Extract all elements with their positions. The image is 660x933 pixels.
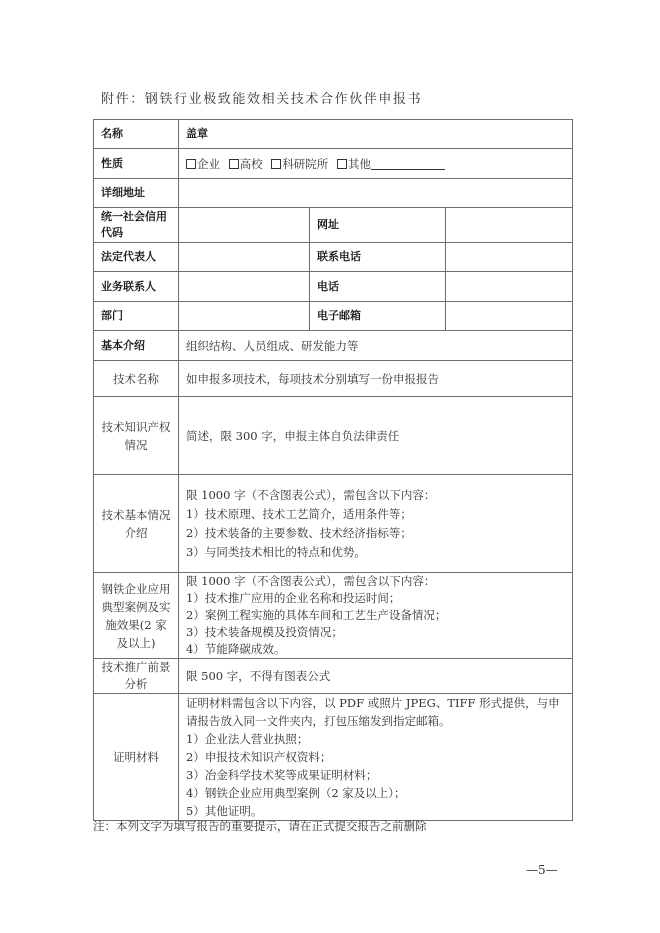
option-research-institute[interactable]: 科研院所 xyxy=(271,155,328,173)
label-address: 详细地址 xyxy=(94,179,179,208)
footnote: 注：本列文字为填写报告的重要提示，请在正式提交报告之前删除 xyxy=(93,818,427,834)
text-line: 3）冶金科学技术奖等成果证明材料； xyxy=(186,766,565,784)
row-credit-code: 统一社会信用代码 网址 xyxy=(94,208,573,243)
field-tech-name[interactable]: 如申报多项技术，每项技术分别填写一份申报报告 xyxy=(179,361,573,397)
field-tech-basic[interactable]: 限 1000 字（不含图表公式），需包含以下内容： 1）技术原理、技术工艺简介，… xyxy=(179,475,573,573)
field-nature: 企业 高校 科研院所 其他 xyxy=(179,149,573,179)
label-nature: 性质 xyxy=(94,149,179,179)
label-proof: 证明材料 xyxy=(94,694,179,821)
text-line: 2）案例工程实施的具体车间和工艺生产设备情况； xyxy=(186,607,565,624)
field-contact-phone[interactable] xyxy=(446,243,573,272)
field-email[interactable] xyxy=(446,302,573,331)
text-line: 2）申报技术知识产权资料； xyxy=(186,748,565,766)
checkbox-icon[interactable] xyxy=(271,159,281,169)
other-fill-line[interactable] xyxy=(371,158,445,170)
row-department: 部门 电子邮箱 xyxy=(94,302,573,331)
text-line: 1）技术推广应用的企业名称和投运时间； xyxy=(186,590,565,607)
field-basic-intro[interactable]: 组织结构、人员组成、研发能力等 xyxy=(179,331,573,361)
row-proof: 证明材料 证明材料需包含以下内容，以 PDF 或照片 JPEG、TIFF 形式提… xyxy=(94,694,573,821)
text-line: 3）技术装备规模及投资情况； xyxy=(186,624,565,641)
text-line: 3）与同类技术相比的特点和优势。 xyxy=(186,543,565,562)
field-business-contact[interactable] xyxy=(179,272,310,302)
label-basic-intro: 基本介绍 xyxy=(94,331,179,361)
row-contact: 业务联系人 电话 xyxy=(94,272,573,302)
field-legal-rep[interactable] xyxy=(179,243,310,272)
label-name: 名称 xyxy=(94,120,179,149)
field-outlook[interactable]: 限 500 字，不得有图表公式 xyxy=(179,659,573,694)
label-cases: 钢铁企业应用典型案例及实施效果(2 家及以上) xyxy=(94,573,179,659)
text-line: 4）节能降碳成效。 xyxy=(186,641,565,658)
row-outlook: 技术推广前景分析 限 500 字，不得有图表公式 xyxy=(94,659,573,694)
field-credit-code[interactable] xyxy=(179,208,310,243)
field-address[interactable] xyxy=(179,179,573,208)
label-ip: 技术知识产权情况 xyxy=(94,397,179,475)
field-department[interactable] xyxy=(179,302,310,331)
page-title: 附件：钢铁行业极致能效相关技术合作伙伴申报书 xyxy=(101,88,422,107)
checkbox-icon[interactable] xyxy=(186,159,196,169)
row-tech-basic: 技术基本情况介绍 限 1000 字（不含图表公式），需包含以下内容： 1）技术原… xyxy=(94,475,573,573)
row-cases: 钢铁企业应用典型案例及实施效果(2 家及以上) 限 1000 字（不含图表公式）… xyxy=(94,573,573,659)
text-line: 4）钢铁企业应用典型案例（2 家及以上）； xyxy=(186,784,565,802)
label-legal-rep: 法定代表人 xyxy=(94,243,179,272)
label-contact-phone: 联系电话 xyxy=(310,243,446,272)
field-phone[interactable] xyxy=(446,272,573,302)
application-form-table: 名称 盖章 性质 企业 高校 科研院所 其他 详细地址 统一社会信用代码 网址 … xyxy=(93,119,573,821)
label-outlook: 技术推广前景分析 xyxy=(94,659,179,694)
page-number: —5— xyxy=(526,863,558,877)
field-name-seal[interactable]: 盖章 xyxy=(179,120,573,149)
text-line: 限 1000 字（不含图表公式），需包含以下内容： xyxy=(186,486,565,505)
label-business-contact: 业务联系人 xyxy=(94,272,179,302)
label-email: 电子邮箱 xyxy=(310,302,446,331)
label-website: 网址 xyxy=(310,208,446,243)
field-proof[interactable]: 证明材料需包含以下内容，以 PDF 或照片 JPEG、TIFF 形式提供，与申请… xyxy=(179,694,573,821)
row-tech-name: 技术名称 如申报多项技术，每项技术分别填写一份申报报告 xyxy=(94,361,573,397)
text-line: 1）技术原理、技术工艺简介，适用条件等； xyxy=(186,505,565,524)
checkbox-icon[interactable] xyxy=(337,159,347,169)
row-legal-rep: 法定代表人 联系电话 xyxy=(94,243,573,272)
option-other[interactable]: 其他 xyxy=(337,155,445,173)
option-university[interactable]: 高校 xyxy=(229,155,263,173)
field-cases[interactable]: 限 1000 字（不含图表公式），需包含以下内容： 1）技术推广应用的企业名称和… xyxy=(179,573,573,659)
text-line: 限 1000 字（不含图表公式），需包含以下内容： xyxy=(186,573,565,590)
row-ip: 技术知识产权情况 简述，限 300 字，申报主体自负法律责任 xyxy=(94,397,573,475)
label-tech-basic: 技术基本情况介绍 xyxy=(94,475,179,573)
row-intro: 基本介绍 组织结构、人员组成、研发能力等 xyxy=(94,331,573,361)
row-nature: 性质 企业 高校 科研院所 其他 xyxy=(94,149,573,179)
row-name: 名称 盖章 xyxy=(94,120,573,149)
label-department: 部门 xyxy=(94,302,179,331)
label-tech-name: 技术名称 xyxy=(94,361,179,397)
text-line: 1）企业法人营业执照； xyxy=(186,730,565,748)
label-phone: 电话 xyxy=(310,272,446,302)
field-website[interactable] xyxy=(446,208,573,243)
row-address: 详细地址 xyxy=(94,179,573,208)
label-credit-code: 统一社会信用代码 xyxy=(94,208,179,243)
option-enterprise[interactable]: 企业 xyxy=(186,155,220,173)
field-ip[interactable]: 简述，限 300 字，申报主体自负法律责任 xyxy=(179,397,573,475)
checkbox-icon[interactable] xyxy=(229,159,239,169)
text-line: 2）技术装备的主要参数、技术经济指标等； xyxy=(186,524,565,543)
text-line: 证明材料需包含以下内容，以 PDF 或照片 JPEG、TIFF 形式提供，与申请… xyxy=(186,694,565,730)
